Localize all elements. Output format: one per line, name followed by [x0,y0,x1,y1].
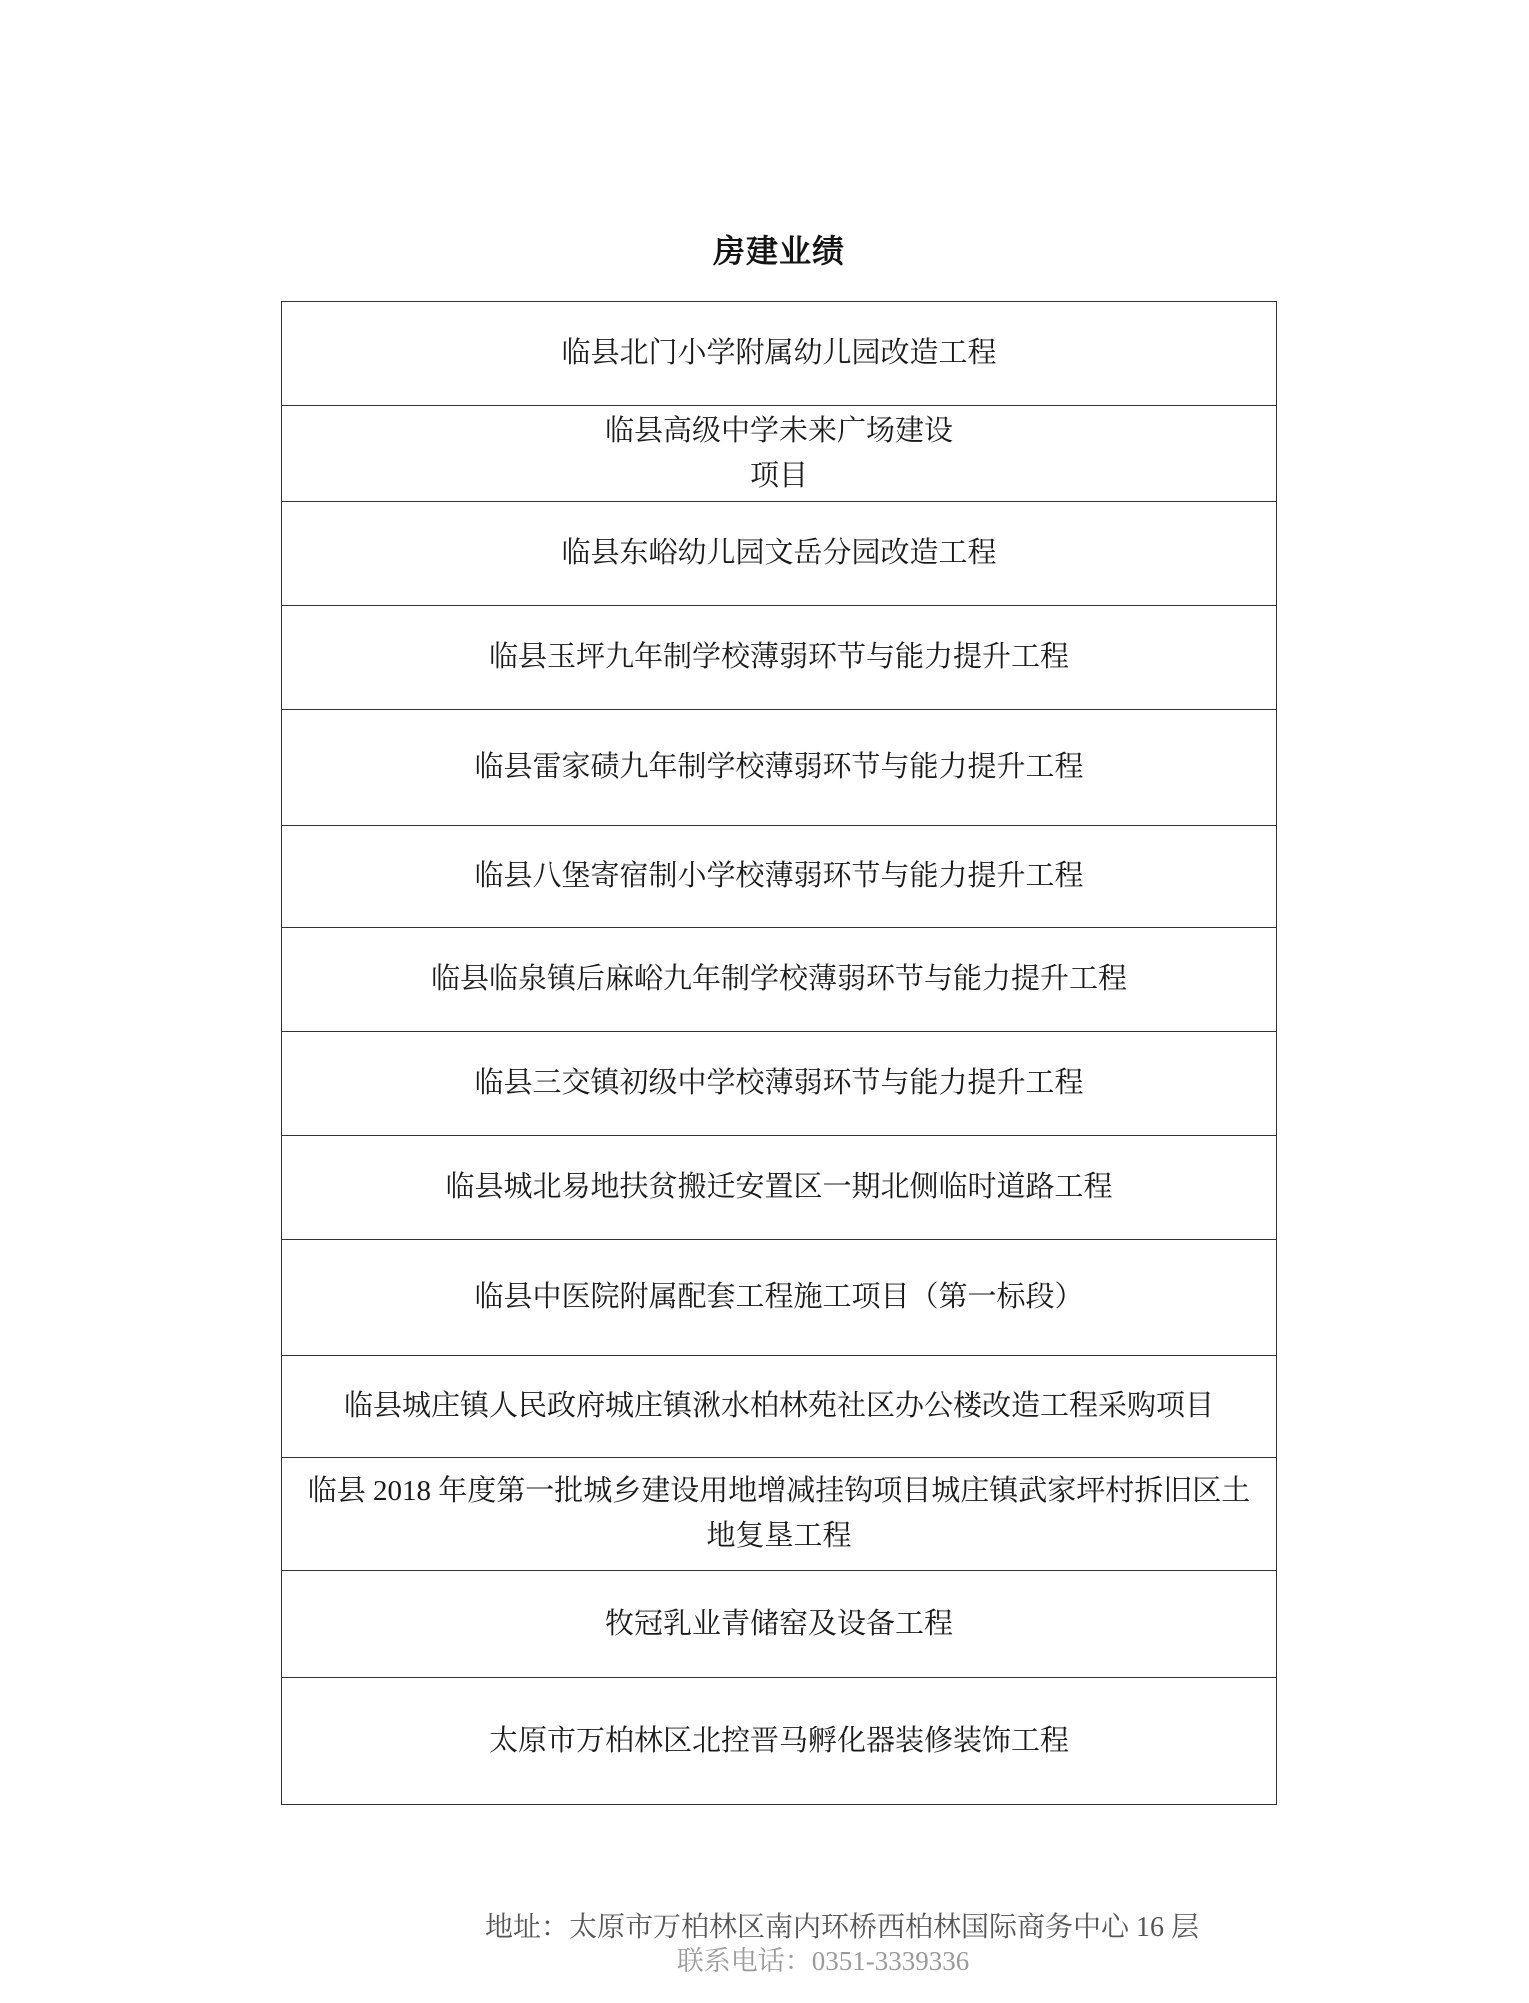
project-name: 临县玉坪九年制学校薄弱环节与能力提升工程 [282,635,1276,680]
table-row: 临县三交镇初级中学校薄弱环节与能力提升工程 [282,1032,1276,1136]
table-row: 临县高级中学未来广场建设 项目 [282,406,1276,502]
project-name: 临县高级中学未来广场建设 项目 [282,409,1276,499]
footer-phone: 联系电话：0351-3339336 [677,1939,970,1978]
table-row: 临县北门小学附属幼儿园改造工程 [282,302,1276,406]
project-name: 临县城北易地扶贫搬迁安置区一期北侧临时道路工程 [282,1165,1276,1210]
table-row: 临县城庄镇人民政府城庄镇湫水柏林苑社区办公楼改造工程采购项目 [282,1356,1276,1458]
projects-table: 临县北门小学附属幼儿园改造工程临县高级中学未来广场建设 项目临县东峪幼儿园文岳分… [281,301,1277,1805]
table-row: 临县 2018 年度第一批城乡建设用地增减挂钩项目城庄镇武家坪村拆旧区土 地复垦… [282,1458,1276,1571]
project-name: 临县 2018 年度第一批城乡建设用地增减挂钩项目城庄镇武家坪村拆旧区土 地复垦… [282,1469,1276,1559]
project-name: 临县临泉镇后麻峪九年制学校薄弱环节与能力提升工程 [282,957,1276,1002]
project-name: 临县城庄镇人民政府城庄镇湫水柏林苑社区办公楼改造工程采购项目 [282,1384,1276,1429]
table-row: 临县中医院附属配套工程施工项目（第一标段） [282,1240,1276,1356]
project-name: 临县三交镇初级中学校薄弱环节与能力提升工程 [282,1061,1276,1106]
project-name: 太原市万柏林区北控晋马孵化器装修装饰工程 [282,1719,1276,1764]
table-row: 临县玉坪九年制学校薄弱环节与能力提升工程 [282,606,1276,710]
table-row: 临县雷家碛九年制学校薄弱环节与能力提升工程 [282,710,1276,826]
project-name: 临县东峪幼儿园文岳分园改造工程 [282,531,1276,576]
table-row: 牧冠乳业青储窑及设备工程 [282,1571,1276,1678]
project-name: 临县北门小学附属幼儿园改造工程 [282,331,1276,376]
project-name: 临县中医院附属配套工程施工项目（第一标段） [282,1275,1276,1320]
page-title: 房建业绩 [281,226,1277,272]
document-page: 房建业绩 临县北门小学附属幼儿园改造工程临县高级中学未来广场建设 项目临县东峪幼… [0,0,1529,2003]
table-row: 临县临泉镇后麻峪九年制学校薄弱环节与能力提升工程 [282,928,1276,1032]
project-name: 临县雷家碛九年制学校薄弱环节与能力提升工程 [282,745,1276,790]
table-row: 临县城北易地扶贫搬迁安置区一期北侧临时道路工程 [282,1136,1276,1240]
table-row: 临县东峪幼儿园文岳分园改造工程 [282,502,1276,606]
table-row: 太原市万柏林区北控晋马孵化器装修装饰工程 [282,1678,1276,1804]
project-name: 临县八堡寄宿制小学校薄弱环节与能力提升工程 [282,854,1276,899]
project-name: 牧冠乳业青储窑及设备工程 [282,1602,1276,1647]
table-row: 临县八堡寄宿制小学校薄弱环节与能力提升工程 [282,826,1276,928]
